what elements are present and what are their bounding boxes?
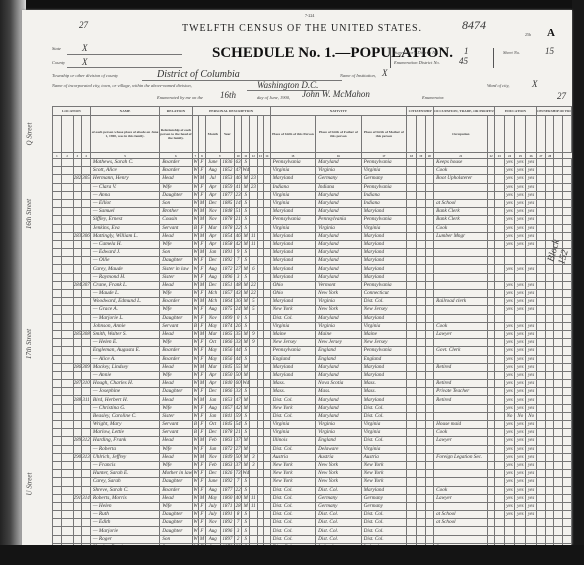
school-months: [494, 519, 504, 527]
birth-year: 1863: [220, 461, 234, 469]
township-value: District of Columbia: [157, 69, 240, 80]
relation: Wife: [160, 290, 192, 298]
birth-year: 1875: [220, 306, 234, 314]
street-cell: [53, 404, 62, 412]
street-cell: [53, 511, 62, 519]
birth-year: 1857: [220, 404, 234, 412]
free-mortgaged: [545, 298, 554, 306]
dwelling-cell: [73, 322, 82, 330]
relation: Servant: [160, 322, 192, 330]
family-cell: 310: [82, 380, 91, 388]
supervisor-label: Supervisor's District No.: [394, 50, 439, 55]
naturalization: [425, 314, 434, 322]
father-birthplace: Dist. Col.: [316, 535, 361, 543]
can-read: [504, 249, 515, 257]
free-mortgaged: [545, 183, 554, 191]
street-note-16th: 16th Street: [25, 199, 33, 229]
person-name: — Christina G.: [90, 404, 159, 412]
family-cell: [82, 298, 91, 306]
age: 41: [234, 183, 242, 191]
can-write: yes: [515, 486, 526, 494]
family-cell: [82, 290, 91, 298]
years-married: [250, 273, 258, 281]
relation: Servant: [160, 429, 192, 437]
house-number-cell: [61, 371, 73, 379]
school-months: [494, 527, 504, 535]
birth-year: 1891: [220, 249, 234, 257]
years-in-us: [416, 167, 425, 175]
person-name: — Samuel: [90, 208, 159, 216]
farm-house: [554, 478, 563, 486]
years-married: [250, 363, 258, 371]
age: 47: [234, 167, 242, 175]
relation: Boarder: [160, 167, 192, 175]
birthplace: Dist. Col.: [270, 535, 315, 543]
col-group-relation: RELATION: [160, 107, 192, 116]
person-name: — Ollie: [90, 257, 159, 265]
dwelling-cell: [73, 199, 82, 207]
farm-house: [554, 371, 563, 379]
can-write: yes: [515, 453, 526, 461]
relation: Wife: [160, 306, 192, 314]
occupation: Retired: [434, 396, 488, 404]
dwelling-cell: [73, 183, 82, 191]
years-married: [250, 322, 258, 330]
farm-house: [554, 388, 563, 396]
owned-rented: [537, 314, 546, 322]
naturalization: [425, 306, 434, 314]
school-months: [494, 208, 504, 216]
top-left-number: 27: [79, 20, 88, 30]
can-read: yes: [504, 265, 515, 273]
house-number-cell: [61, 478, 73, 486]
school-months: [494, 494, 504, 502]
marital-status: S: [242, 478, 250, 486]
father-birthplace: Mass.: [316, 388, 361, 396]
owned-rented: [537, 453, 546, 461]
can-write: yes: [515, 159, 526, 167]
school-months: [494, 224, 504, 232]
naturalization: [425, 298, 434, 306]
birth-month: Apr: [205, 183, 220, 191]
farm-schedule: [563, 216, 572, 224]
years-married: [250, 437, 258, 445]
can-read: yes: [504, 486, 515, 494]
birthplace: Dist. Col.: [270, 314, 315, 322]
family-cell: [82, 421, 91, 429]
person-name: Roberts, Morris: [90, 494, 159, 502]
can-write: yes: [515, 175, 526, 183]
birth-month: Apr: [205, 232, 220, 240]
school-months: [494, 298, 504, 306]
years-in-us: [416, 265, 425, 273]
father-birthplace: Maryland: [316, 371, 361, 379]
family-cell: [82, 478, 91, 486]
birthplace: Pennsylvania: [270, 159, 315, 167]
birth-year: 1856: [220, 347, 234, 355]
naturalization: [425, 502, 434, 510]
naturalization: [425, 257, 434, 265]
school-months: [494, 347, 504, 355]
dwelling-cell: [73, 216, 82, 224]
school-months: [494, 281, 504, 289]
relation: Daughter: [160, 511, 192, 519]
house-number-cell: [61, 306, 73, 314]
birthplace: Dist. Col.: [270, 396, 315, 404]
birthplace: Maryland: [270, 371, 315, 379]
city-label: Name of incorporated city, town, or vill…: [52, 83, 192, 88]
years-in-us: [416, 273, 425, 281]
owned-rented: [537, 265, 546, 273]
can-write: yes: [515, 470, 526, 478]
can-speak-english: yes: [526, 208, 537, 216]
father-birthplace: New Jersey: [316, 339, 361, 347]
farm-schedule: [563, 298, 572, 306]
col-marital: [242, 116, 250, 153]
years-married: [250, 527, 258, 535]
free-mortgaged: [545, 339, 554, 347]
person-name: — Ruth: [90, 511, 159, 519]
institution-label: Name of Institution,: [340, 73, 376, 78]
birth-month: Jul: [205, 175, 220, 183]
mother-birthplace: Maryland: [361, 249, 407, 257]
street-cell: [53, 208, 62, 216]
col-group-occupation: OCCUPATION, TRADE, OR PROFESSION: [434, 107, 495, 116]
dwelling-cell: [73, 404, 82, 412]
birthplace: Virginia: [270, 167, 315, 175]
street-cell: [53, 494, 62, 502]
occupation: at School: [434, 519, 488, 527]
can-speak-english: [526, 314, 537, 322]
years-married: 3: [250, 453, 258, 461]
mother-birthplace: New Jersey: [361, 339, 407, 347]
table-row: 285308Smith, Walter S.HeadWMMar186535M9M…: [53, 330, 572, 338]
person-name: — Camela H.: [90, 240, 159, 248]
marital-status: S: [242, 511, 250, 519]
can-read: yes: [504, 224, 515, 232]
street-cell: [53, 388, 62, 396]
naturalization: [425, 273, 434, 281]
ward-value: X: [532, 79, 538, 89]
father-birthplace: Vermont: [316, 281, 361, 289]
can-write: yes: [515, 216, 526, 224]
birth-year: 1836: [220, 159, 234, 167]
relation: Son: [160, 535, 192, 543]
institution-value: X: [382, 68, 388, 78]
relation: Head: [160, 494, 192, 502]
age: 63: [234, 159, 242, 167]
immigration-year: [407, 240, 417, 248]
can-write: yes: [515, 388, 526, 396]
farm-house: [554, 175, 563, 183]
father-birthplace: Austria: [316, 453, 361, 461]
family-cell: [82, 527, 91, 535]
birth-year: 1845: [220, 363, 234, 371]
table-row: — OllieDaughterWFDec18927SMarylandMaryla…: [53, 257, 572, 265]
marital-status: M: [242, 330, 250, 338]
table-row: 284307Crane, Frank L.HeadWMDec185148M22O…: [53, 281, 572, 289]
free-mortgaged: [545, 281, 554, 289]
owned-rented: [537, 208, 546, 216]
house-number-cell: [61, 240, 73, 248]
relation: Daughter: [160, 191, 192, 199]
mother-birthplace: Dist. Col.: [361, 298, 407, 306]
father-birthplace: Maine: [316, 330, 361, 338]
can-speak-english: No: [526, 412, 537, 420]
years-in-us: [416, 249, 425, 257]
naturalization: [425, 191, 434, 199]
family-cell: 309: [82, 363, 91, 371]
street-cell: [53, 314, 62, 322]
father-birthplace: Maryland: [316, 273, 361, 281]
relation: Wife: [160, 461, 192, 469]
farm-house: [554, 281, 563, 289]
birth-year: 1840: [220, 380, 234, 388]
mother-birthplace: England: [361, 355, 407, 363]
marital-status: S: [242, 322, 250, 330]
can-read: yes: [504, 175, 515, 183]
enumeration-label: Enumeration District No.: [394, 60, 440, 65]
can-speak-english: yes: [526, 404, 537, 412]
naturalization: [425, 199, 434, 207]
can-write: yes: [515, 461, 526, 469]
father-birthplace: Indiana: [316, 183, 361, 191]
father-birthplace: Germany: [316, 175, 361, 183]
farm-schedule: [563, 363, 572, 371]
naturalization: [425, 330, 434, 338]
house-number-cell: [61, 257, 73, 265]
birth-month: Dec: [205, 199, 220, 207]
relation: Wife: [160, 183, 192, 191]
county-value: X: [82, 57, 88, 67]
dwelling-cell: [73, 527, 82, 535]
dwelling-cell: [73, 347, 82, 355]
birthplace: Virginia: [270, 429, 315, 437]
occupation: [434, 281, 488, 289]
free-mortgaged: [545, 486, 554, 494]
immigration-year: [407, 519, 417, 527]
years-in-us: [416, 470, 425, 478]
family-cell: [82, 273, 91, 281]
farm-house: [554, 363, 563, 371]
top-stamp-number: 8474: [462, 18, 486, 33]
family-cell: [82, 461, 91, 469]
birth-month: July: [205, 511, 220, 519]
occupation: [434, 257, 488, 265]
school-months: [494, 290, 504, 298]
years-married: 23: [250, 183, 258, 191]
birthplace: Dist. Col.: [270, 494, 315, 502]
person-name: — Helen: [90, 502, 159, 510]
birthplace: Maryland: [270, 232, 315, 240]
can-write: yes: [515, 306, 526, 314]
owned-rented: [537, 478, 546, 486]
birthplace: Maryland: [270, 298, 315, 306]
relation: Wife: [160, 240, 192, 248]
mother-birthplace: Germany: [361, 494, 407, 502]
col-group-name: NAME: [90, 107, 159, 116]
table-row: Wright, MaryServantBFOct184554SVirginiaV…: [53, 421, 572, 429]
mother-birthplace: New York: [361, 470, 407, 478]
birth-month: Apr: [205, 380, 220, 388]
school-months: [494, 322, 504, 330]
house-number-cell: [61, 232, 73, 240]
school-months: [494, 396, 504, 404]
farm-schedule: [563, 511, 572, 519]
owned-rented: [537, 298, 546, 306]
immigration-year: [407, 208, 417, 216]
enumerator-label: Enumerator.: [422, 95, 444, 100]
occupation: Retired: [434, 363, 488, 371]
marital-status: S: [242, 191, 250, 199]
can-speak-english: yes: [526, 437, 537, 445]
farm-house: [554, 347, 563, 355]
table-row: 287310Hough, Charles H.HeadWMApr184060Wd…: [53, 380, 572, 388]
can-speak-english: yes: [526, 388, 537, 396]
farm-house: [554, 519, 563, 527]
immigration-year: [407, 298, 417, 306]
marital-status: M: [242, 502, 250, 510]
school-months: [494, 421, 504, 429]
sheet-letter: A: [547, 27, 555, 39]
years-in-us: [416, 511, 425, 519]
naturalization: [425, 486, 434, 494]
farm-schedule: [563, 273, 572, 281]
person-name: Mackey, Lindsey: [90, 363, 159, 371]
birth-year: 1866: [220, 339, 234, 347]
sheet-label: Sheet No.: [503, 50, 520, 55]
occupation: Bank Clerk: [434, 216, 488, 224]
street-cell: [53, 191, 62, 199]
owned-rented: [537, 380, 546, 388]
naturalization: [425, 527, 434, 535]
occupation: [434, 371, 488, 379]
dwelling-cell: [73, 265, 82, 273]
mother-birthplace: Maryland: [361, 265, 407, 273]
owned-rented: [537, 175, 546, 183]
naturalization: [425, 461, 434, 469]
col-birth-person: Place of birth of this Person: [270, 116, 315, 153]
house-number-cell: [61, 183, 73, 191]
occupation: House maid: [434, 421, 488, 429]
house-number-cell: [61, 437, 73, 445]
years-in-us: [416, 388, 425, 396]
farm-house: [554, 412, 563, 420]
occupation: [434, 461, 488, 469]
street-cell: [53, 429, 62, 437]
street-cell: [53, 249, 62, 257]
birth-month: Aug: [205, 535, 220, 543]
can-speak-english: yes: [526, 371, 537, 379]
farm-house: [554, 191, 563, 199]
person-name: Hunter, Sarah E.: [90, 470, 159, 478]
birth-month: Oct: [205, 421, 220, 429]
years-in-us: [416, 159, 425, 167]
free-mortgaged: [545, 371, 554, 379]
father-birthplace: Virginia: [316, 429, 361, 437]
immigration-year: [407, 273, 417, 281]
birthplace: Maryland: [270, 240, 315, 248]
farm-schedule: [563, 322, 572, 330]
street-cell: [53, 265, 62, 273]
mother-birthplace: Maryland: [361, 486, 407, 494]
farm-house: [554, 224, 563, 232]
family-cell: 308: [82, 330, 91, 338]
farm-house: [554, 167, 563, 175]
father-birthplace: Maryland: [316, 265, 361, 273]
dwelling-cell: [73, 208, 82, 216]
age: 3: [234, 273, 242, 281]
immigration-year: [407, 232, 417, 240]
can-speak-english: yes: [526, 240, 537, 248]
relation: Boarder: [160, 355, 192, 363]
school-months: [494, 273, 504, 281]
street-cell: [53, 175, 62, 183]
free-mortgaged: [545, 347, 554, 355]
mother-birthplace: Pennsylvania: [361, 159, 407, 167]
house-number-cell: [61, 502, 73, 510]
birth-year: 1858: [220, 240, 234, 248]
owned-rented: [537, 502, 546, 510]
family-cell: [82, 191, 91, 199]
can-write: yes: [515, 183, 526, 191]
can-speak-english: yes: [526, 167, 537, 175]
can-speak-english: yes: [526, 347, 537, 355]
free-mortgaged: [545, 494, 554, 502]
can-read: yes: [504, 380, 515, 388]
table-row: — JosephineDaughterWFDec186633SMass.Mass…: [53, 388, 572, 396]
street-note-q: Q Street: [25, 123, 33, 146]
can-read: yes: [504, 445, 515, 453]
birth-month: Jan: [205, 249, 220, 257]
immigration-year: [407, 388, 417, 396]
years-in-us: [416, 339, 425, 347]
marital-status: M: [242, 306, 250, 314]
table-row: — Edward J.SonWMJan18919SMarylandMarylan…: [53, 249, 572, 257]
person-name: — Roberta: [90, 445, 159, 453]
farm-house: [554, 322, 563, 330]
birth-year: 1863: [220, 437, 234, 445]
occupation: Retired: [434, 380, 488, 388]
school-months: [494, 175, 504, 183]
naturalization: [425, 339, 434, 347]
supervisor-value: 1: [464, 46, 469, 56]
relation: Son: [160, 249, 192, 257]
family-cell: [82, 486, 91, 494]
mother-birthplace: Virginia: [361, 429, 407, 437]
owned-rented: [537, 421, 546, 429]
owned-rented: [537, 511, 546, 519]
can-speak-english: yes: [526, 494, 537, 502]
street-cell: [53, 445, 62, 453]
relation: Sister: [160, 412, 192, 420]
naturalization: [425, 478, 434, 486]
can-speak-english: yes: [526, 355, 537, 363]
census-table: LOCATION NAME RELATION PERSONAL DESCRIPT…: [52, 106, 572, 565]
family-cell: [82, 339, 91, 347]
immigration-year: [407, 330, 417, 338]
occupation: at School: [434, 511, 488, 519]
can-speak-english: yes: [526, 224, 537, 232]
years-married: 22: [250, 281, 258, 289]
occupation: [434, 240, 488, 248]
farm-schedule: [563, 486, 572, 494]
years-in-us: [416, 281, 425, 289]
years-married: [250, 249, 258, 257]
immigration-year: [407, 257, 417, 265]
can-read: yes: [504, 159, 515, 167]
can-read: yes: [504, 183, 515, 191]
